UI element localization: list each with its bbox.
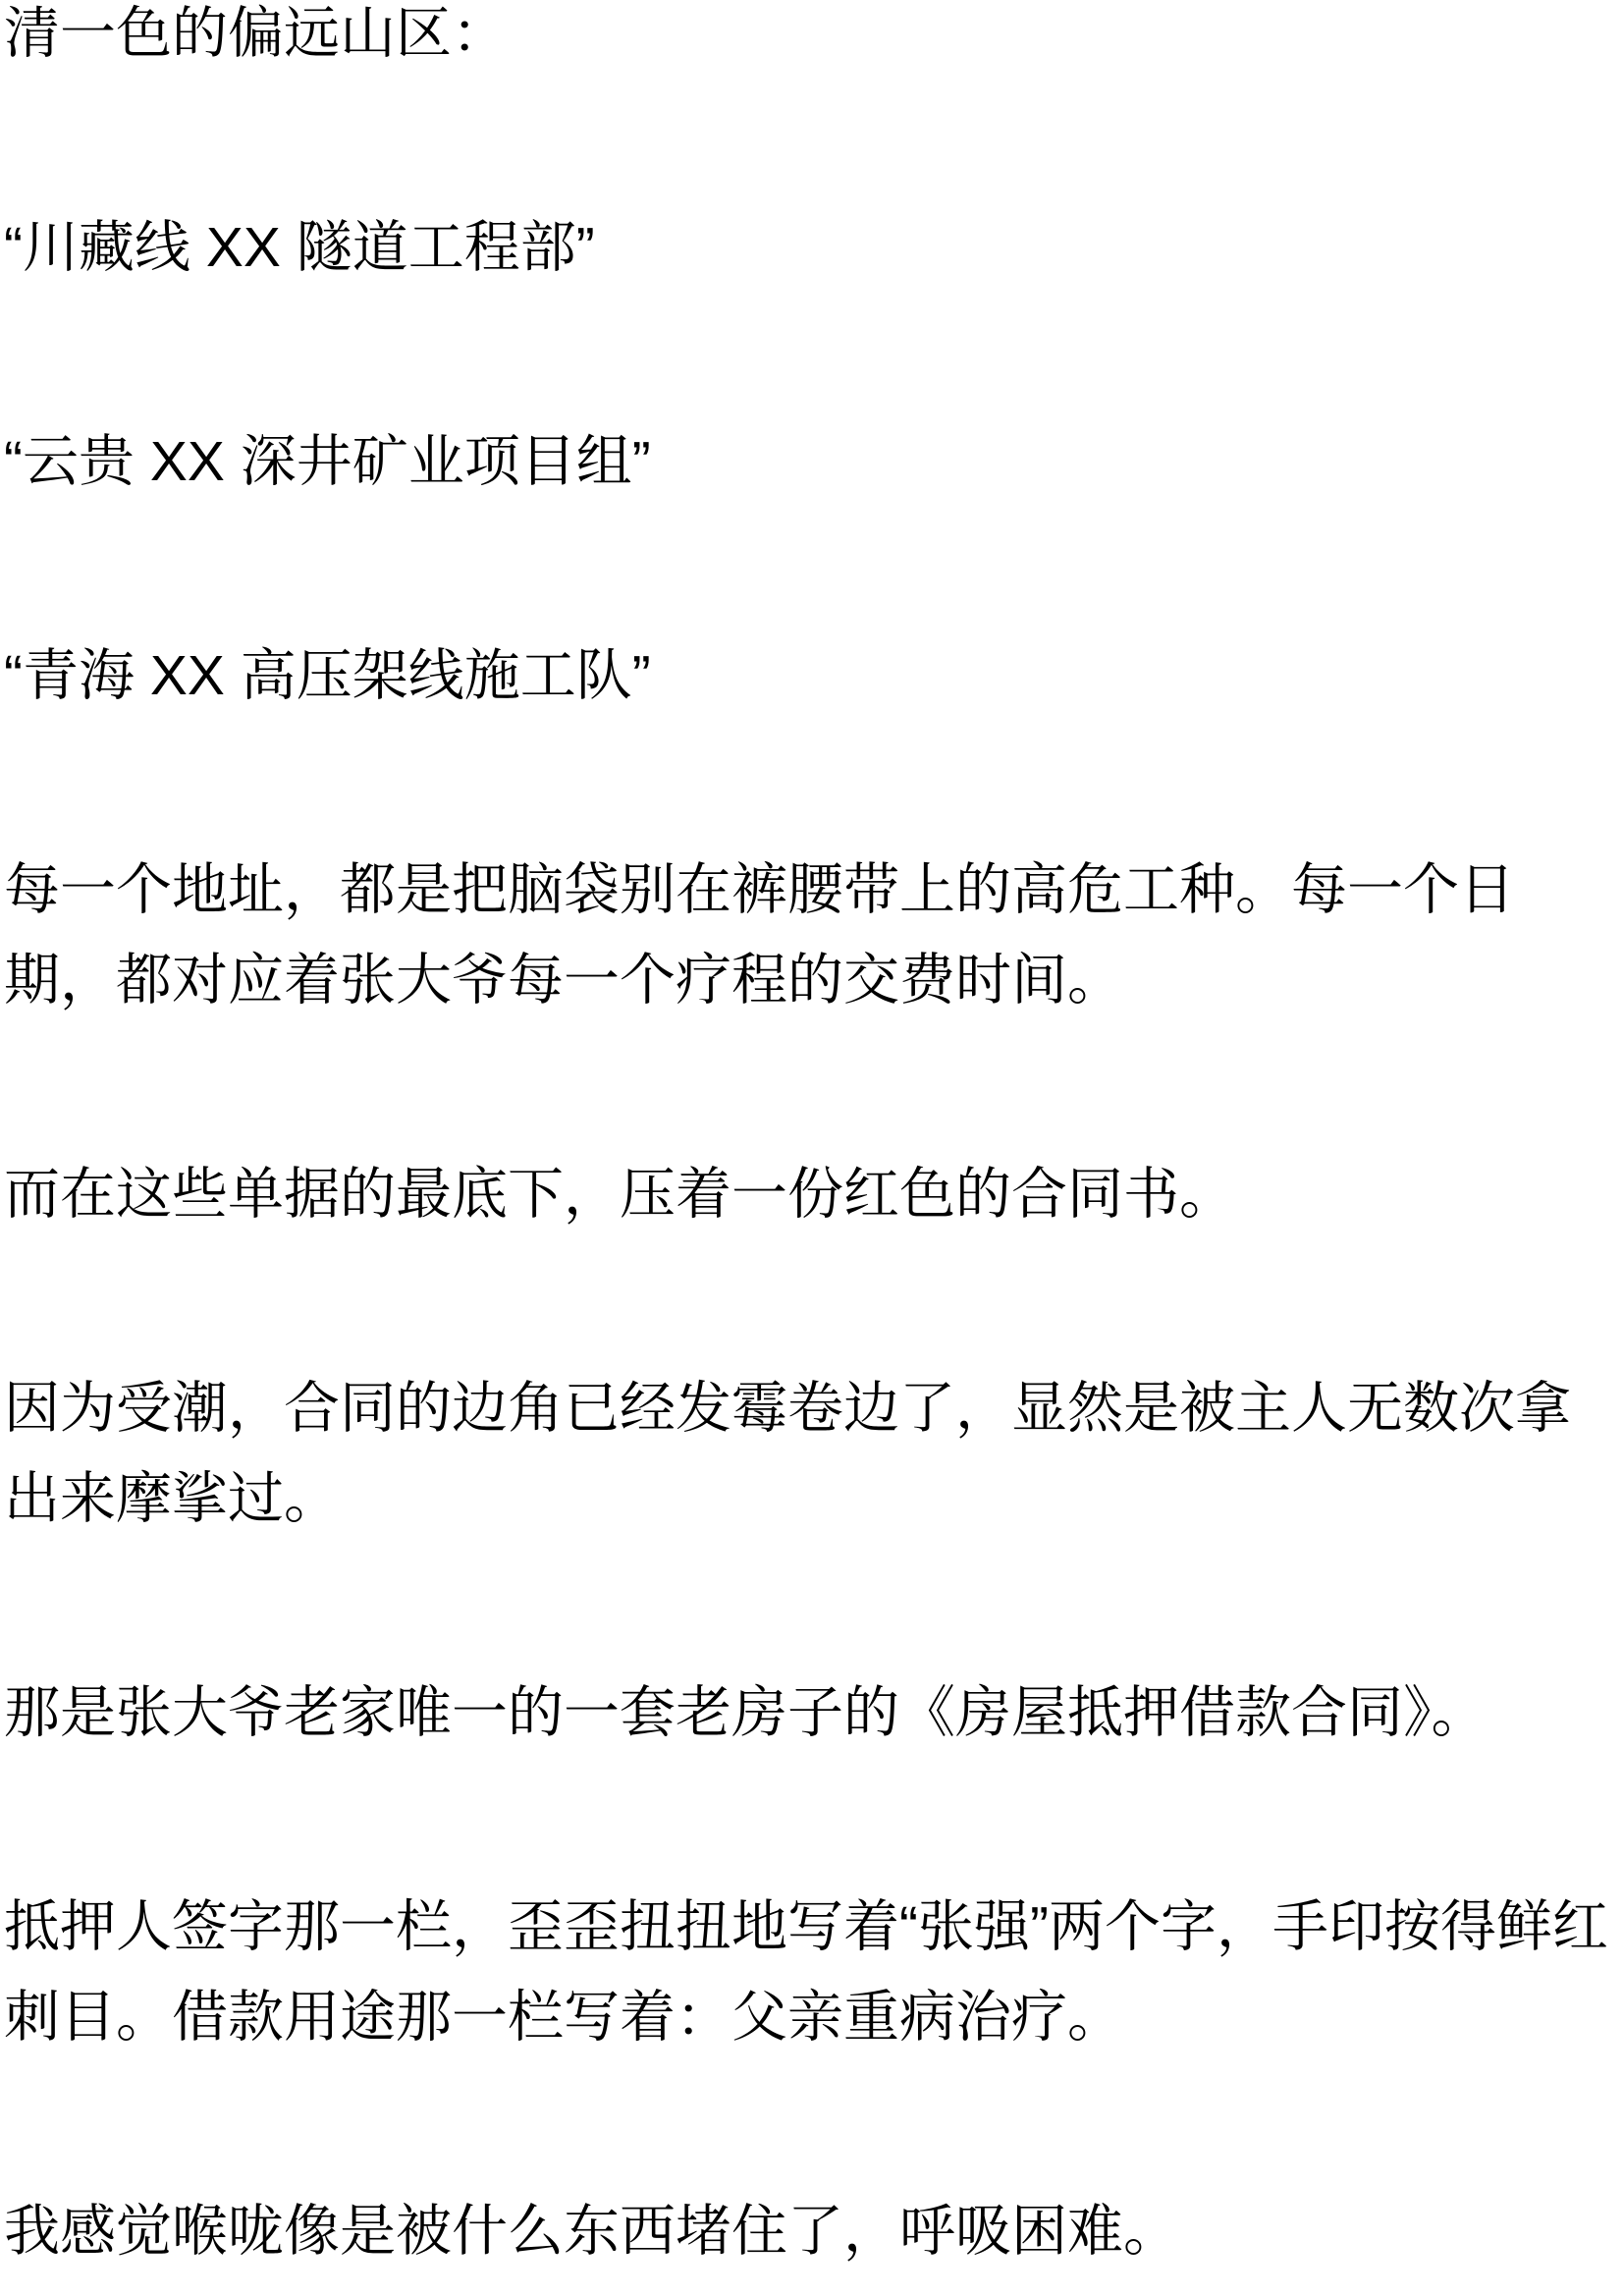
paragraph-region-intro: 清一色的偏远山区： (4, 0, 1615, 79)
paragraph-red-contract: 而在这些单据的最底下，压着一份红色的合同书。 (4, 1149, 1615, 1239)
paragraph-choked-feeling: 我感觉喉咙像是被什么东西堵住了，呼吸困难。 (4, 2186, 1615, 2276)
paragraph-site-powerline: “青海 XX 高压架线施工队” (4, 630, 1615, 721)
paragraph-site-tunnel: “川藏线 XX 隧道工程部” (4, 202, 1615, 293)
paragraph-mortgage-contract: 那是张大爷老家唯一的一套老房子的《房屋抵押借款合同》。 (4, 1667, 1615, 1758)
paragraph-addresses-dates: 每一个地址，都是把脑袋别在裤腰带上的高危工种。每一个日期，都对应着张大爷每一个疗… (4, 845, 1615, 1025)
paragraph-signature-line: 抵押人签字那一栏，歪歪扭扭地写着“张强”两个字，手印按得鲜红刺目。借款用途那一栏… (4, 1882, 1615, 2062)
paragraph-site-mining: “云贵 XX 深井矿业项目组” (4, 416, 1615, 507)
paragraph-moldy-contract: 因为受潮，合同的边角已经发霉卷边了，显然是被主人无数次拿出来摩挲过。 (4, 1363, 1615, 1544)
page: 清一色的偏远山区： “川藏线 XX 隧道工程部” “云贵 XX 深井矿业项目组”… (0, 0, 1623, 2284)
